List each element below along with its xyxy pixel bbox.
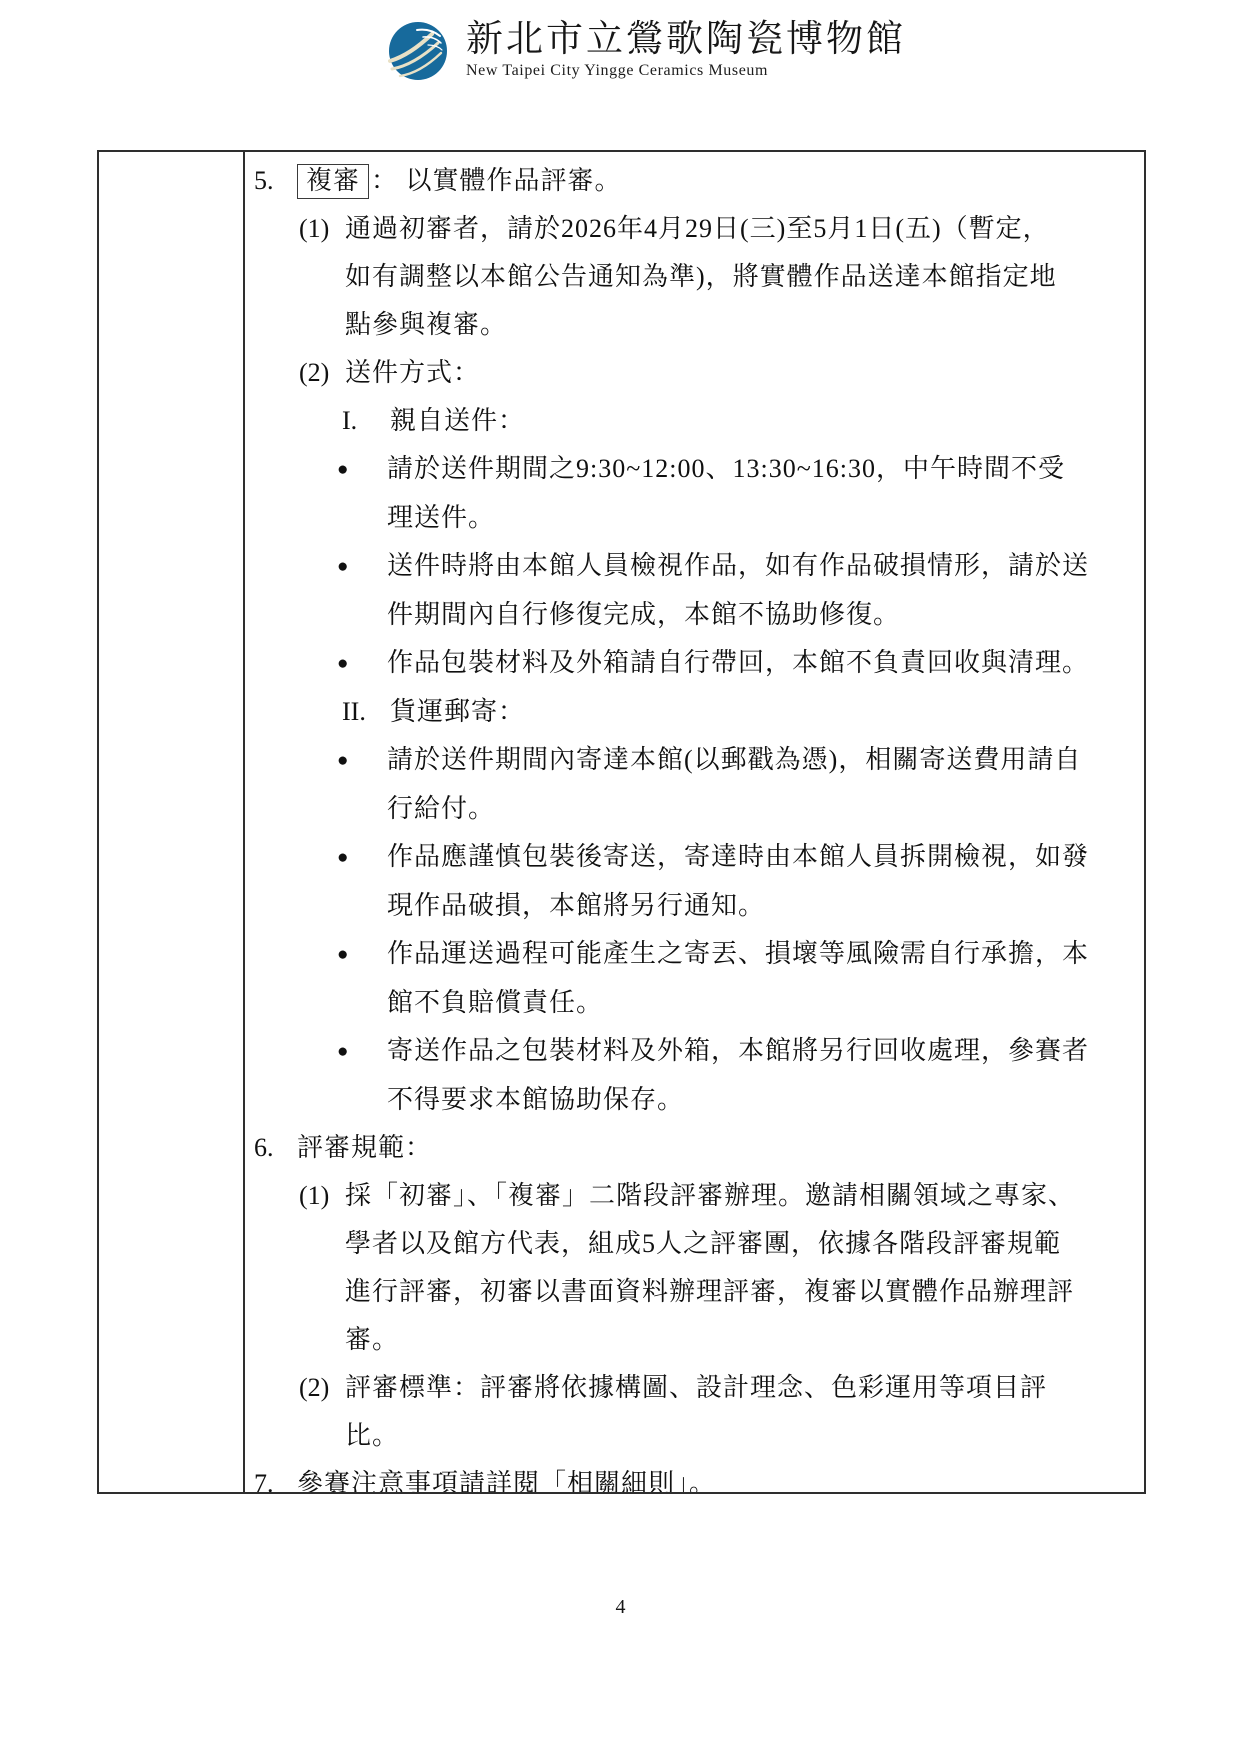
line-text: 作品應謹慎包裝後寄送，寄達時由本館人員拆開檢視，如發 [387, 842, 1089, 871]
document-line: ●作品包裝材料及外箱請自行帶回，本館不負責回收與清理。 [245, 639, 1144, 688]
document-line: 進行評審，初審以書面資料辦理評審，複審以實體作品辦理評 [245, 1268, 1144, 1316]
museum-logo-text: 新北市立鶯歌陶瓷博物館 New Taipei City Yingge Ceram… [466, 20, 906, 81]
museum-title-en: New Taipei City Yingge Ceramics Museum [466, 61, 906, 81]
document-line: 6.評審規範： [245, 1124, 1144, 1172]
document-line: (1)採「初審」、「複審」二階段評審辦理。邀請相關領域之專家、 [245, 1172, 1144, 1220]
document-line: ●作品運送過程可能產生之寄丟、損壞等風險需自行承擔，本 [245, 930, 1144, 979]
list-marker: II. [342, 688, 390, 736]
document-line: ●作品應謹慎包裝後寄送，寄達時由本館人員拆開檢視，如發 [245, 833, 1144, 882]
list-marker: (1) [299, 205, 345, 253]
line-text: 送件方式： [345, 358, 480, 387]
document-line: I.親自送件： [245, 397, 1144, 445]
document-line: 審。 [245, 1316, 1144, 1364]
bullet-marker: ● [337, 640, 387, 688]
line-text: 送件時將由本館人員檢視作品，如有作品破損情形，請於送 [387, 551, 1089, 580]
line-text: 貨運郵寄： [390, 697, 525, 726]
rules-table: 5.複審： 以實體作品評審。(1)通過初審者，請於2026年4月29日(三)至5… [97, 150, 1146, 1494]
museum-logo-icon [388, 21, 448, 81]
document-line: (2)送件方式： [245, 349, 1144, 397]
line-text: 點參與複審。 [345, 310, 507, 339]
line-text: 通過初審者，請於2026年4月29日(三)至5月1日(五)（暫定， [345, 214, 1050, 243]
document-line: II.貨運郵寄： [245, 688, 1144, 736]
line-text: 請於送件期間之9:30~12:00、13:30~16:30，中午時間不受 [387, 454, 1065, 483]
line-text: 現作品破損，本館將另行通知。 [387, 891, 765, 920]
list-marker: (1) [299, 1172, 345, 1220]
museum-title-zh: 新北市立鶯歌陶瓷博物館 [466, 20, 906, 60]
table-content-cell: 5.複審： 以實體作品評審。(1)通過初審者，請於2026年4月29日(三)至5… [245, 152, 1144, 1492]
line-text: 作品包裝材料及外箱請自行帶回，本館不負責回收與清理。 [387, 648, 1089, 677]
document-line: 5.複審： 以實體作品評審。 [245, 157, 1144, 205]
line-text: 學者以及館方代表，組成5人之評審團，依據各階段評審規範 [345, 1229, 1061, 1258]
list-marker: 5. [254, 157, 297, 205]
document-line: 如有調整以本館公告通知為準)，將實體作品送達本館指定地 [245, 253, 1144, 301]
document-line: 不得要求本館協助保存。 [245, 1076, 1144, 1124]
document-line: 件期間內自行修復完成，本館不協助修復。 [245, 591, 1144, 639]
line-text: 評審規範： [297, 1133, 432, 1162]
boxed-term: 複審 [297, 164, 369, 199]
document-line: 理送件。 [245, 494, 1144, 542]
bullet-marker: ● [337, 543, 387, 591]
document-line: ●請於送件期間之9:30~12:00、13:30~16:30，中午時間不受 [245, 445, 1144, 494]
document-line: ●送件時將由本館人員檢視作品，如有作品破損情形，請於送 [245, 542, 1144, 591]
line-text: 作品運送過程可能產生之寄丟、損壞等風險需自行承擔，本 [387, 939, 1089, 968]
line-text: 審。 [345, 1325, 399, 1354]
bullet-marker: ● [337, 737, 387, 785]
document-line: (2)評審標準：評審將依據構圖、設計理念、色彩運用等項目評 [245, 1364, 1144, 1412]
list-marker: 6. [254, 1124, 297, 1172]
list-marker: (2) [299, 349, 345, 397]
line-text: 行給付。 [387, 794, 495, 823]
document-line: 比。 [245, 1412, 1144, 1460]
document-line: (1)通過初審者，請於2026年4月29日(三)至5月1日(五)（暫定， [245, 205, 1144, 253]
line-text: 進行評審，初審以書面資料辦理評審，複審以實體作品辦理評 [345, 1277, 1074, 1306]
list-marker: I. [342, 397, 390, 445]
museum-logo: 新北市立鶯歌陶瓷博物館 New Taipei City Yingge Ceram… [388, 20, 906, 81]
document-line: 7.參賽注意事項請詳閱「相關細則」。 [245, 1460, 1144, 1492]
line-text: 採「初審」、「複審」二階段評審辦理。邀請相關領域之專家、 [345, 1181, 1075, 1210]
bullet-marker: ● [337, 834, 387, 882]
line-text: 請於送件期間內寄達本館(以郵戳為憑)，相關寄送費用請自 [387, 745, 1081, 774]
list-marker: 7. [254, 1460, 297, 1492]
page-number: 4 [0, 1596, 1241, 1619]
line-text: 評審標準：評審將依據構圖、設計理念、色彩運用等項目評 [345, 1373, 1047, 1402]
document-line: 學者以及館方代表，組成5人之評審團，依據各階段評審規範 [245, 1220, 1144, 1268]
line-text: 理送件。 [387, 503, 495, 532]
document-line: 館不負賠償責任。 [245, 979, 1144, 1027]
bullet-marker: ● [337, 1028, 387, 1076]
bullet-marker: ● [337, 931, 387, 979]
list-marker: (2) [299, 1364, 345, 1412]
document-line: 點參與複審。 [245, 301, 1144, 349]
document-line: 現作品破損，本館將另行通知。 [245, 882, 1144, 930]
line-text: 寄送作品之包裝材料及外箱，本館將另行回收處理，參賽者 [387, 1036, 1089, 1065]
line-text: 不得要求本館協助保存。 [387, 1085, 684, 1114]
document-line: ●寄送作品之包裝材料及外箱，本館將另行回收處理，參賽者 [245, 1027, 1144, 1076]
document-line: 行給付。 [245, 785, 1144, 833]
line-text: 館不負賠償責任。 [387, 988, 603, 1017]
bullet-marker: ● [337, 446, 387, 494]
line-text: 件期間內自行修復完成，本館不協助修復。 [387, 600, 900, 629]
line-text: 如有調整以本館公告通知為準)，將實體作品送達本館指定地 [345, 262, 1057, 291]
table-left-cell [99, 152, 245, 1492]
line-text: ： 以實體作品評審。 [371, 166, 622, 195]
line-text: 比。 [345, 1421, 399, 1450]
line-text: 參賽注意事項請詳閱「相關細則」。 [297, 1469, 716, 1492]
line-text: 親自送件： [390, 406, 525, 435]
document-line: ●請於送件期間內寄達本館(以郵戳為憑)，相關寄送費用請自 [245, 736, 1144, 785]
